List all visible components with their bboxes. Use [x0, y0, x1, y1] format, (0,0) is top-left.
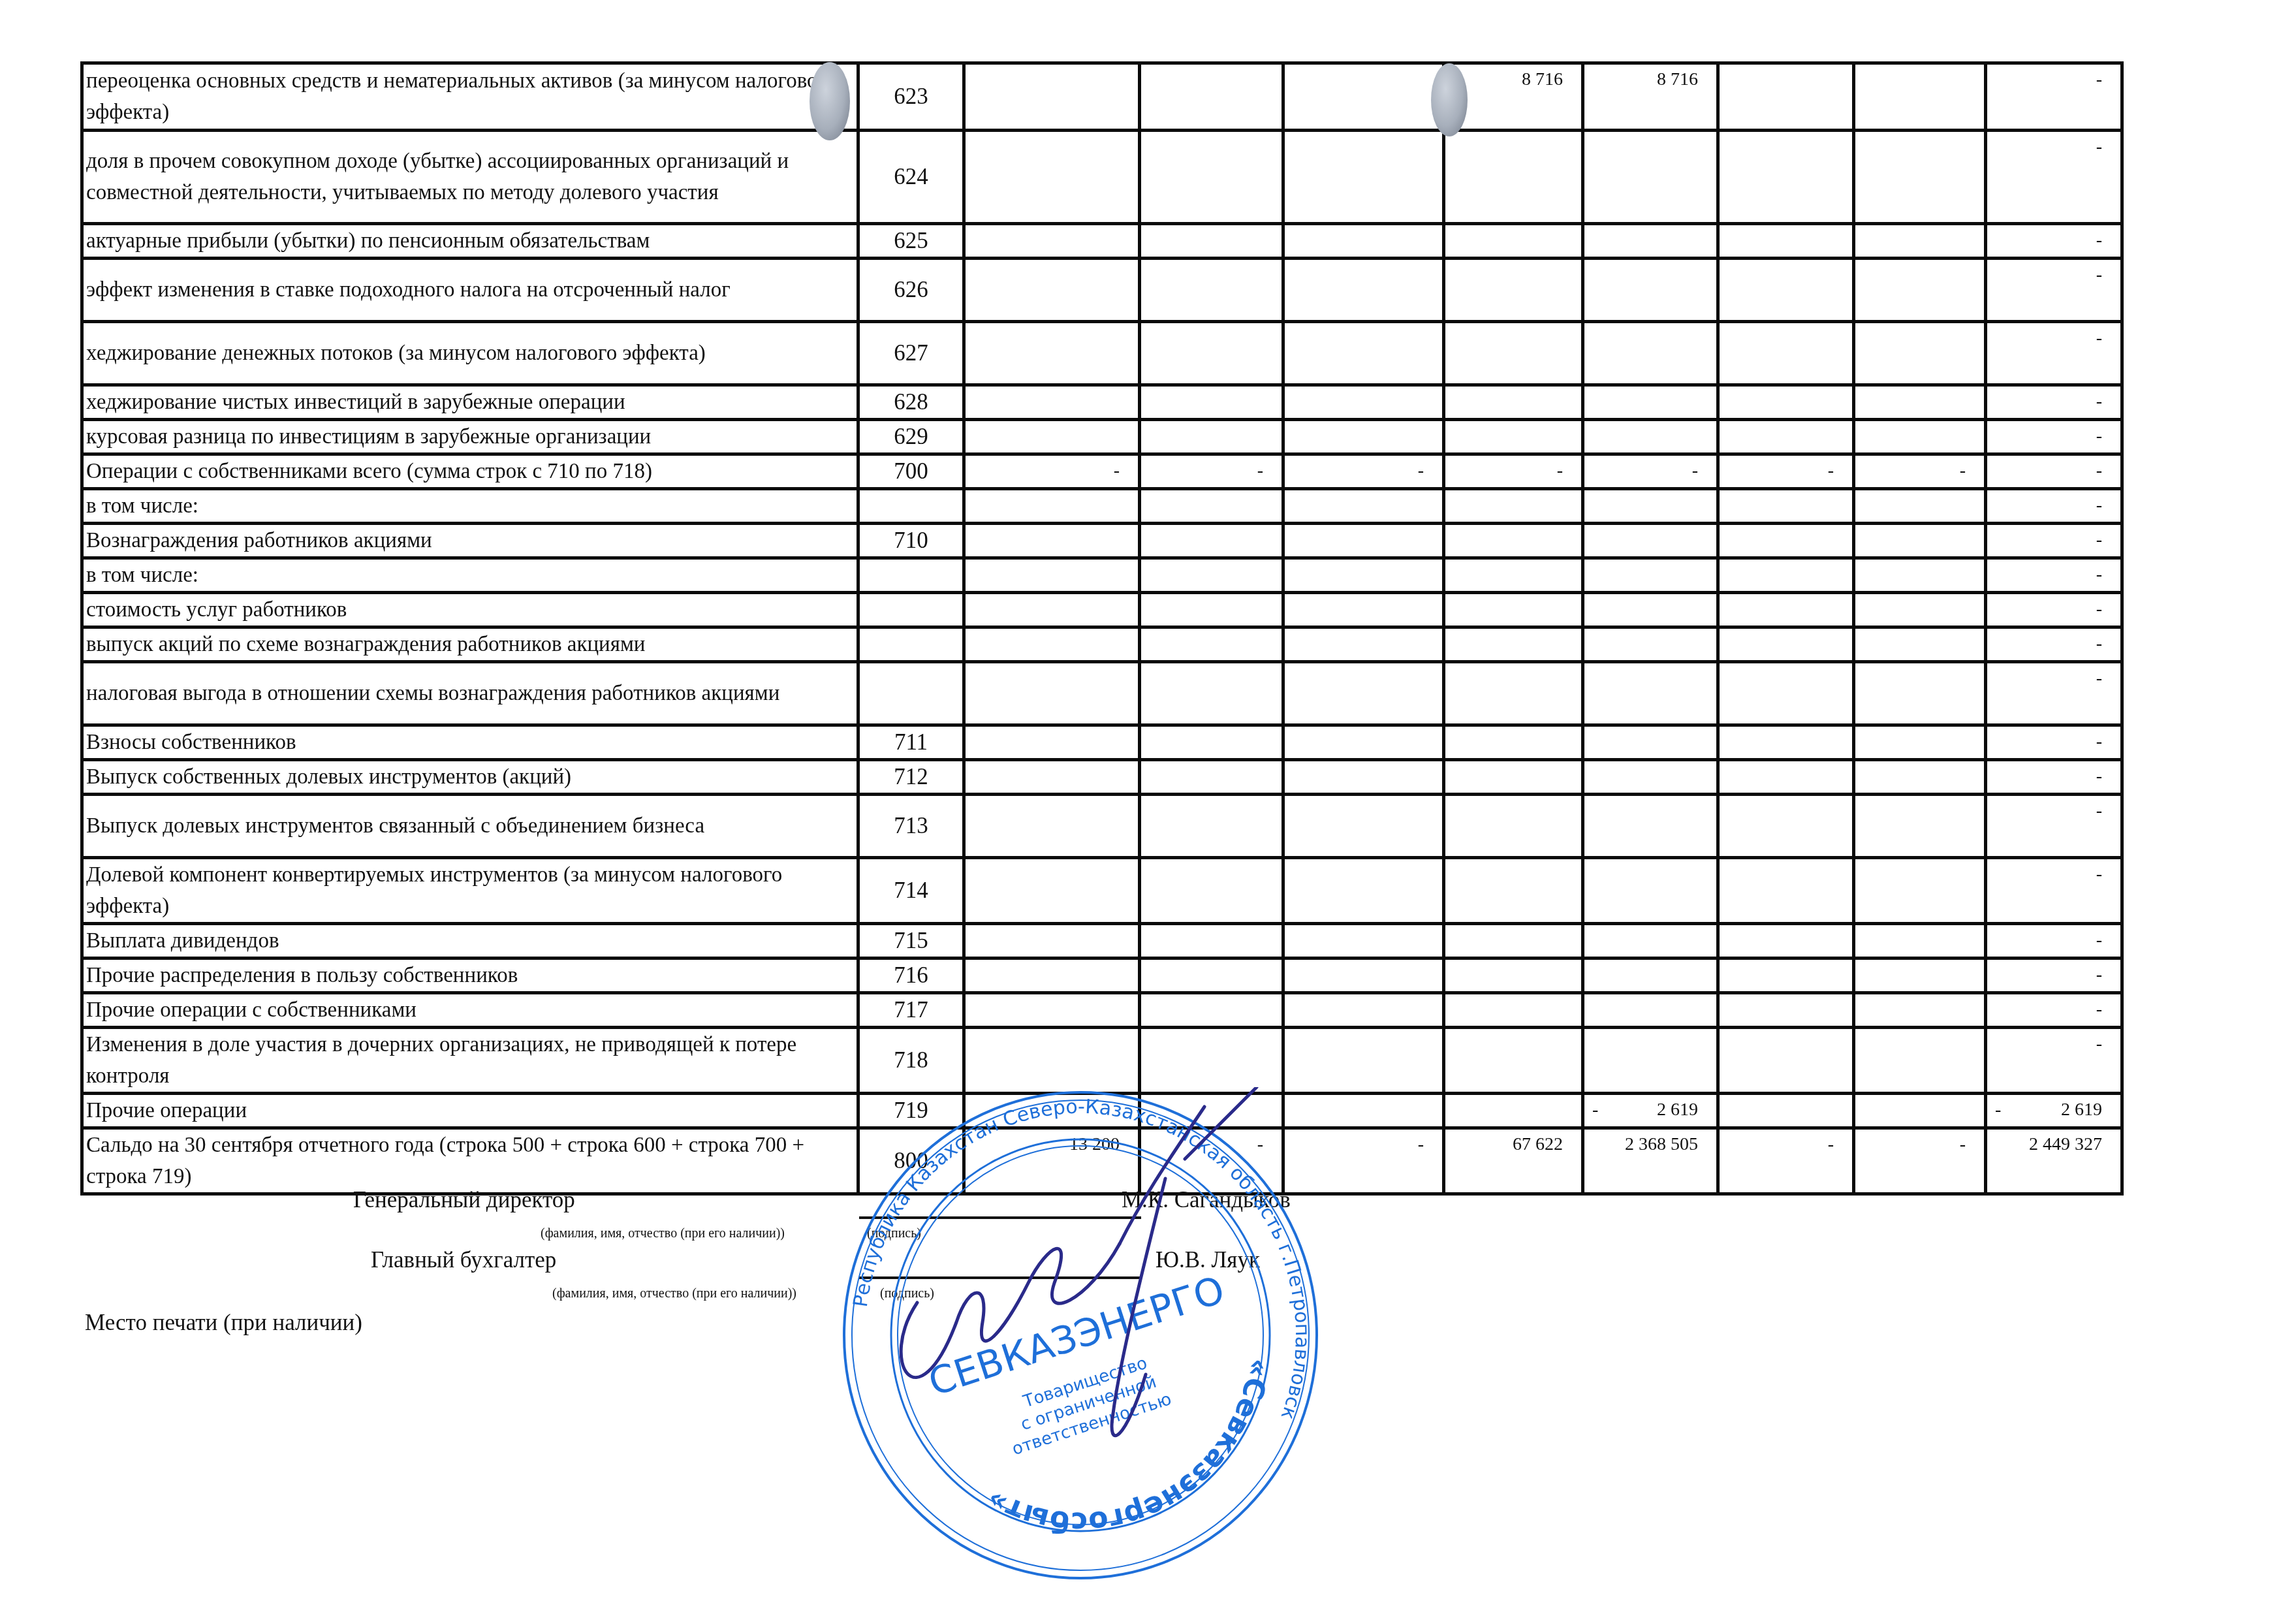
row-label: хеджирование денежных потоков (за минусо…	[82, 322, 858, 385]
value-cell	[1583, 558, 1718, 593]
value-cell	[1854, 1028, 1986, 1094]
value-cell	[1583, 924, 1718, 959]
row-label: Изменения в доле участия в дочерних орга…	[82, 1028, 858, 1094]
value-cell	[964, 795, 1140, 858]
value-cell	[1444, 858, 1583, 924]
value-cell: -	[1986, 858, 2122, 924]
table-row: Выплата дивидендов715-	[82, 924, 2122, 959]
value-cell	[1854, 993, 1986, 1028]
value-cell	[1444, 795, 1583, 858]
row-code: 713	[858, 795, 964, 858]
director-caption-name: (фамилия, имя, отчество (при его наличии…	[541, 1226, 785, 1241]
value-cell	[964, 63, 1140, 131]
table-row: Изменения в доле участия в дочерних орга…	[82, 1028, 2122, 1094]
row-code: 715	[858, 924, 964, 959]
table-row: стоимость услуг работников-	[82, 593, 2122, 627]
row-label: переоценка основных средств и нематериал…	[82, 63, 858, 131]
value-cell	[1283, 760, 1444, 795]
value-cell	[1854, 662, 1986, 725]
table-row: Прочие операции с собственниками717-	[82, 993, 2122, 1028]
row-code	[858, 558, 964, 593]
value-cell: -	[1986, 993, 2122, 1028]
value-cell	[1718, 593, 1854, 627]
negative-sign: -	[1992, 1099, 2001, 1121]
value-cell: -	[1986, 322, 2122, 385]
value-cell	[1283, 131, 1444, 224]
value-cell	[1140, 725, 1283, 760]
value-cell	[964, 131, 1140, 224]
value-cell: -	[1986, 224, 2122, 259]
value-cell	[1583, 259, 1718, 322]
value-cell	[1444, 1028, 1583, 1094]
value-cell	[964, 385, 1140, 420]
accountant-title: Главный бухгалтер	[371, 1247, 556, 1273]
value-cell: -	[1986, 662, 2122, 725]
value-cell	[1854, 524, 1986, 558]
value-cell	[964, 420, 1140, 454]
value-cell	[964, 959, 1140, 993]
value-cell	[1854, 489, 1986, 524]
value-cell	[1854, 558, 1986, 593]
value-cell	[1140, 662, 1283, 725]
value-cell	[1283, 959, 1444, 993]
row-label: в том числе:	[82, 489, 858, 524]
row-label: хеджирование чистых инвестиций в зарубеж…	[82, 385, 858, 420]
value-cell: -	[1986, 593, 2122, 627]
value-cell: -	[1986, 795, 2122, 858]
row-code: 700	[858, 454, 964, 489]
value-cell: -	[1986, 959, 2122, 993]
value-cell	[964, 858, 1140, 924]
value-cell	[1444, 760, 1583, 795]
seal-place-label: Место печати (при наличии)	[85, 1310, 362, 1336]
value-cell	[964, 760, 1140, 795]
value-cell	[1854, 593, 1986, 627]
value-cell	[1444, 420, 1583, 454]
value-cell	[1283, 993, 1444, 1028]
value-cell	[1854, 959, 1986, 993]
equity-changes-table: переоценка основных средств и нематериал…	[80, 61, 2124, 1196]
value-cell	[1444, 322, 1583, 385]
value-cell	[1283, 924, 1444, 959]
value-cell	[1583, 224, 1718, 259]
value-cell	[1140, 795, 1283, 858]
value-cell: -	[964, 454, 1140, 489]
value-cell	[1718, 760, 1854, 795]
value-cell	[1444, 524, 1583, 558]
value-cell	[1140, 1028, 1283, 1094]
value-cell	[1283, 593, 1444, 627]
row-code: 625	[858, 224, 964, 259]
value-cell	[1854, 385, 1986, 420]
value-cell	[1140, 224, 1283, 259]
value-cell	[964, 662, 1140, 725]
value-cell	[1283, 524, 1444, 558]
value-cell	[1854, 760, 1986, 795]
value-cell	[1583, 662, 1718, 725]
row-label: стоимость услуг работников	[82, 593, 858, 627]
value-cell	[1283, 725, 1444, 760]
value-cell	[1283, 259, 1444, 322]
value-cell: 2 449 327	[1986, 1128, 2122, 1194]
row-code	[858, 489, 964, 524]
value-cell: -	[1718, 454, 1854, 489]
value-cell	[1140, 924, 1283, 959]
value-cell	[964, 524, 1140, 558]
value-cell	[964, 593, 1140, 627]
value-cell	[1140, 993, 1283, 1028]
value-cell	[1140, 593, 1283, 627]
value-cell	[964, 558, 1140, 593]
value-cell: -	[1986, 489, 2122, 524]
value-cell: 2 368 505	[1583, 1128, 1718, 1194]
value-cell	[1283, 322, 1444, 385]
value-cell	[1718, 1094, 1854, 1128]
table-row: эффект изменения в ставке подоходного на…	[82, 259, 2122, 322]
table-row: хеджирование денежных потоков (за минусо…	[82, 322, 2122, 385]
table-row: Операции с собственниками всего (сумма с…	[82, 454, 2122, 489]
value-cell	[1444, 924, 1583, 959]
row-code: 712	[858, 760, 964, 795]
value-cell	[1718, 959, 1854, 993]
table-row: в том числе:-	[82, 558, 2122, 593]
value-cell	[1444, 627, 1583, 662]
value-cell	[1444, 385, 1583, 420]
value-cell	[1283, 858, 1444, 924]
row-label: Взносы собственников	[82, 725, 858, 760]
value-cell	[1854, 795, 1986, 858]
table-row: Взносы собственников711-	[82, 725, 2122, 760]
value-cell: -	[1718, 1128, 1854, 1194]
director-title: Генеральный директор	[353, 1187, 575, 1213]
value-cell	[1854, 224, 1986, 259]
value-cell	[1854, 1094, 1986, 1128]
table-row: Выпуск долевых инструментов связанный с …	[82, 795, 2122, 858]
value-cell	[1140, 131, 1283, 224]
value-cell	[964, 725, 1140, 760]
table-row: налоговая выгода в отношении схемы возна…	[82, 662, 2122, 725]
value-cell	[1140, 558, 1283, 593]
row-label: эффект изменения в ставке подоходного на…	[82, 259, 858, 322]
value-cell	[1718, 795, 1854, 858]
value-cell	[1718, 1028, 1854, 1094]
row-code: 714	[858, 858, 964, 924]
value-cell	[1718, 662, 1854, 725]
value-cell	[1283, 1028, 1444, 1094]
negative-sign: -	[1590, 1099, 1598, 1121]
row-code: 711	[858, 725, 964, 760]
table-row: Долевой компонент конвертируемых инструм…	[82, 858, 2122, 924]
value-cell	[1583, 993, 1718, 1028]
value-cell	[1583, 131, 1718, 224]
row-label: Вознаграждения работников акциями	[82, 524, 858, 558]
value-cell	[1583, 725, 1718, 760]
value-cell	[1718, 858, 1854, 924]
row-code	[858, 627, 964, 662]
table-row: актуарные прибыли (убытки) по пенсионным…	[82, 224, 2122, 259]
table-row: в том числе:-	[82, 489, 2122, 524]
value-cell: -	[1283, 454, 1444, 489]
value-cell	[1140, 959, 1283, 993]
pushpin-left-icon	[810, 62, 850, 140]
value-cell	[1583, 420, 1718, 454]
table-row: Выпуск собственных долевых инструментов …	[82, 760, 2122, 795]
value-cell	[1583, 959, 1718, 993]
value-cell: -	[1986, 924, 2122, 959]
row-label: Прочие операции с собственниками	[82, 993, 858, 1028]
table-row: Прочие распределения в пользу собственни…	[82, 959, 2122, 993]
row-code: 717	[858, 993, 964, 1028]
value-cell	[1583, 489, 1718, 524]
value-cell: -	[1986, 385, 2122, 420]
row-label: выпуск акций по схеме вознаграждения раб…	[82, 627, 858, 662]
row-code: 716	[858, 959, 964, 993]
row-code: 624	[858, 131, 964, 224]
value-cell: -	[1986, 627, 2122, 662]
row-label: Прочие распределения в пользу собственни…	[82, 959, 858, 993]
value-cell	[1140, 627, 1283, 662]
row-code: 628	[858, 385, 964, 420]
value-cell	[1854, 63, 1986, 131]
value-cell: -	[1986, 420, 2122, 454]
value-cell	[1140, 322, 1283, 385]
value-cell	[1444, 489, 1583, 524]
value-number: 2 619	[2061, 1100, 2102, 1120]
value-cell	[964, 259, 1140, 322]
row-label: Выпуск собственных долевых инструментов …	[82, 760, 858, 795]
table-row: переоценка основных средств и нематериал…	[82, 63, 2122, 131]
value-cell: -	[1986, 1028, 2122, 1094]
value-cell: -	[1854, 1128, 1986, 1194]
table-row: Вознаграждения работников акциями710-	[82, 524, 2122, 558]
table-row: выпуск акций по схеме вознаграждения раб…	[82, 627, 2122, 662]
row-code: 629	[858, 420, 964, 454]
value-cell: 67 622	[1444, 1128, 1583, 1194]
value-cell	[964, 322, 1140, 385]
value-cell: -	[1986, 760, 2122, 795]
row-label: курсовая разница по инвестициям в зарубе…	[82, 420, 858, 454]
row-code	[858, 593, 964, 627]
value-cell	[964, 1028, 1140, 1094]
value-cell	[1444, 662, 1583, 725]
accountant-caption-name: (фамилия, имя, отчество (при его наличии…	[552, 1286, 796, 1301]
row-code: 627	[858, 322, 964, 385]
company-stamp-icon: Республика Казахстан Северо-Казахстанска…	[839, 1087, 1322, 1583]
value-cell	[1583, 627, 1718, 662]
value-cell: 8 716	[1583, 63, 1718, 131]
value-cell	[1718, 385, 1854, 420]
row-code: 626	[858, 259, 964, 322]
value-cell	[1583, 593, 1718, 627]
value-cell	[1854, 725, 1986, 760]
value-cell	[1583, 1028, 1718, 1094]
value-cell	[1718, 725, 1854, 760]
value-cell	[1583, 524, 1718, 558]
table-row: хеджирование чистых инвестиций в зарубеж…	[82, 385, 2122, 420]
value-cell: -	[1583, 454, 1718, 489]
value-cell	[1140, 385, 1283, 420]
value-cell	[1283, 662, 1444, 725]
value-cell	[1854, 627, 1986, 662]
value-cell	[1444, 593, 1583, 627]
value-cell: -	[1986, 63, 2122, 131]
value-cell	[964, 993, 1140, 1028]
value-cell	[1583, 385, 1718, 420]
value-cell	[1283, 558, 1444, 593]
value-cell	[1718, 224, 1854, 259]
value-cell	[1283, 385, 1444, 420]
value-cell	[1444, 131, 1583, 224]
value-cell	[964, 924, 1140, 959]
value-cell	[1718, 489, 1854, 524]
value-cell	[1444, 259, 1583, 322]
row-label: Выпуск долевых инструментов связанный с …	[82, 795, 858, 858]
value-cell	[964, 627, 1140, 662]
value-cell	[1283, 420, 1444, 454]
table-row: доля в прочем совокупном доходе (убытке)…	[82, 131, 2122, 224]
value-cell	[1444, 725, 1583, 760]
value-cell	[1583, 795, 1718, 858]
value-cell	[1444, 993, 1583, 1028]
value-cell	[1583, 760, 1718, 795]
pushpin-right-icon	[1431, 63, 1468, 136]
row-label: налоговая выгода в отношении схемы возна…	[82, 662, 858, 725]
value-cell	[1854, 858, 1986, 924]
value-cell	[1718, 558, 1854, 593]
value-cell: -	[1986, 131, 2122, 224]
value-cell: -	[1986, 454, 2122, 489]
value-cell	[1444, 558, 1583, 593]
value-cell	[1718, 627, 1854, 662]
row-code: 718	[858, 1028, 964, 1094]
value-cell	[1718, 524, 1854, 558]
value-cell	[1718, 63, 1854, 131]
row-label: Сальдо на 30 сентября отчетного года (ст…	[82, 1128, 858, 1194]
row-label: в том числе:	[82, 558, 858, 593]
value-cell	[1444, 224, 1583, 259]
value-cell	[1718, 993, 1854, 1028]
value-cell	[1718, 259, 1854, 322]
row-label: Прочие операции	[82, 1094, 858, 1128]
value-cell	[1283, 63, 1444, 131]
value-cell	[1718, 924, 1854, 959]
row-label: актуарные прибыли (убытки) по пенсионным…	[82, 224, 858, 259]
value-cell	[1444, 1094, 1583, 1128]
value-cell: -	[1986, 725, 2122, 760]
value-cell	[1718, 420, 1854, 454]
table-row: курсовая разница по инвестициям в зарубе…	[82, 420, 2122, 454]
row-label: Долевой компонент конвертируемых инструм…	[82, 858, 858, 924]
value-cell: -	[1986, 558, 2122, 593]
value-cell	[1140, 420, 1283, 454]
value-cell	[1444, 959, 1583, 993]
value-cell	[1283, 489, 1444, 524]
row-label: Выплата дивидендов	[82, 924, 858, 959]
value-cell: -	[1986, 259, 2122, 322]
value-cell	[1718, 131, 1854, 224]
value-cell	[1140, 259, 1283, 322]
value-number: 2 619	[1657, 1100, 1698, 1120]
value-cell	[964, 489, 1140, 524]
value-cell	[1140, 524, 1283, 558]
value-cell: -	[1444, 454, 1583, 489]
value-cell	[1283, 627, 1444, 662]
row-code: 623	[858, 63, 964, 131]
value-cell	[1718, 322, 1854, 385]
value-cell	[1140, 489, 1283, 524]
value-cell: -2 619	[1986, 1094, 2122, 1128]
row-code: 710	[858, 524, 964, 558]
value-cell	[964, 224, 1140, 259]
value-cell	[1140, 760, 1283, 795]
value-cell	[1583, 322, 1718, 385]
value-cell	[1140, 63, 1283, 131]
row-code	[858, 662, 964, 725]
value-cell	[1854, 131, 1986, 224]
row-label: доля в прочем совокупном доходе (убытке)…	[82, 131, 858, 224]
value-cell	[1854, 924, 1986, 959]
value-cell	[1854, 420, 1986, 454]
value-cell	[1583, 858, 1718, 924]
value-cell: -	[1986, 524, 2122, 558]
value-cell	[1854, 259, 1986, 322]
row-label: Операции с собственниками всего (сумма с…	[82, 454, 858, 489]
value-cell: -	[1854, 454, 1986, 489]
value-cell: -2 619	[1583, 1094, 1718, 1128]
value-cell	[1140, 858, 1283, 924]
value-cell: -	[1140, 454, 1283, 489]
value-cell	[1854, 322, 1986, 385]
value-cell	[1283, 795, 1444, 858]
value-cell	[1283, 224, 1444, 259]
